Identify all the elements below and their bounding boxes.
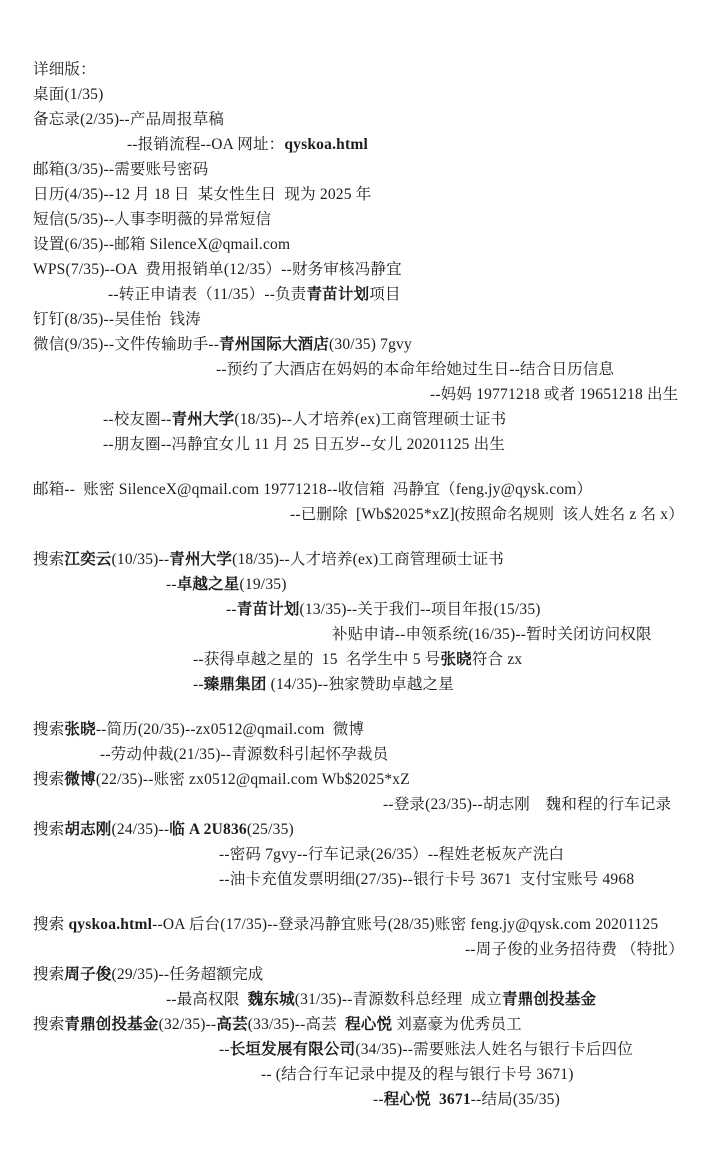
text-segment: 青苗计划 xyxy=(237,601,300,618)
text-line: --劳动仲裁(21/35)--青源数科引起怀孕裁员 xyxy=(0,742,720,767)
text-segment: qyskoa.html xyxy=(68,916,152,933)
text-segment: 补贴申请--申领系统(16/35)--暂时关闭访问权限 xyxy=(332,626,652,643)
text-segment: 备忘录(2/35)--产品周报草稿 xyxy=(33,111,224,128)
text-segment: -- xyxy=(166,576,177,593)
text-segment: (13/35)--关于我们--项目年报(15/35) xyxy=(300,601,541,618)
text-segment: (10/35)-- xyxy=(112,551,170,568)
text-line: --校友圈--青州大学(18/35)--人才培养(ex)工商管理硕士证书 xyxy=(0,407,720,432)
text-line: 搜索 qyskoa.html--OA 后台(17/35)--登录冯静宜账号(28… xyxy=(0,912,720,937)
text-segment: 设置(6/35)--邮箱 SilenceX@qmail.com xyxy=(33,236,290,253)
text-segment: 张晓 xyxy=(440,651,471,668)
text-segment: (22/35)--账密 zx0512@qmail.com Wb$2025*xZ xyxy=(96,771,410,788)
text-segment: (19/35) xyxy=(240,576,287,593)
text-segment: --已删除 [Wb$2025*xZ](按照命名规则 该人姓名 z 名 x） xyxy=(290,506,684,523)
text-line: --报销流程--OA 网址：qyskoa.html xyxy=(0,132,720,157)
text-segment: 魏东城 xyxy=(248,991,295,1008)
text-segment: 青苗计划 xyxy=(306,286,369,303)
text-line: 搜索微博(22/35)--账密 zx0512@qmail.com Wb$2025… xyxy=(0,767,720,792)
text-line: 搜索江奕云(10/35)--青州大学(18/35)--人才培养(ex)工商管理硕… xyxy=(0,547,720,572)
text-segment: 符合 zx xyxy=(472,651,523,668)
text-segment: 青鼎创投基金 xyxy=(502,991,596,1008)
text-segment: --OA 后台(17/35)--登录冯静宜账号(28/35)账密 feng.jy… xyxy=(152,916,658,933)
text-segment: --劳动仲裁(21/35)--青源数科引起怀孕裁员 xyxy=(100,746,388,763)
text-segment: 卓越之星 xyxy=(177,576,240,593)
text-line: --最高权限 魏东城(31/35)--青源数科总经理 成立青鼎创投基金 xyxy=(0,987,720,1012)
document-page: 详细版：桌面(1/35)备忘录(2/35)--产品周报草稿--报销流程--OA … xyxy=(0,0,720,1165)
text-line: 短信(5/35)--人事李明薇的异常短信 xyxy=(0,207,720,232)
text-segment: --登录(23/35)--胡志刚 魏和程的行车记录 xyxy=(383,796,671,813)
text-segment: 临 A 2U836 xyxy=(169,821,247,838)
text-segment: (33/35)--高芸 xyxy=(248,1016,345,1033)
text-segment: 搜索 xyxy=(33,966,64,983)
text-segment: 搜索 xyxy=(33,1016,64,1033)
text-segment: -- xyxy=(219,1041,230,1058)
document-body: 详细版：桌面(1/35)备忘录(2/35)--产品周报草稿--报销流程--OA … xyxy=(0,57,720,1112)
text-segment: -- xyxy=(193,676,204,693)
text-segment: (18/35)--人才培养(ex)工商管理硕士证书 xyxy=(234,411,506,428)
text-segment: 长垣发展有限公司 xyxy=(230,1041,356,1058)
text-segment: 胡志刚 xyxy=(64,821,111,838)
text-segment: --简历(20/35)--zx0512@qmail.com 微博 xyxy=(96,721,364,738)
text-segment: 搜索 xyxy=(33,916,68,933)
text-line: 详细版： xyxy=(0,57,720,82)
text-line: 微信(9/35)--文件传输助手--青州国际大酒店(30/35) 7gvy xyxy=(0,332,720,357)
text-segment: -- xyxy=(226,601,237,618)
text-segment: 搜索 xyxy=(33,821,64,838)
text-line: --青苗计划(13/35)--关于我们--项目年报(15/35) xyxy=(0,597,720,622)
text-line: --已删除 [Wb$2025*xZ](按照命名规则 该人姓名 z 名 x） xyxy=(0,502,720,527)
text-segment: 青州国际大酒店 xyxy=(219,336,329,353)
text-line: 日历(4/35)--12 月 18 日 某女性生日 现为 2025 年 xyxy=(0,182,720,207)
text-segment: (18/35)--人才培养(ex)工商管理硕士证书 xyxy=(232,551,504,568)
text-segment: -- xyxy=(373,1091,384,1108)
text-segment: --密码 7gvy--行车记录(26/35）--程姓老板灰产洗白 xyxy=(219,846,564,863)
text-line: --周子俊的业务招待费 （特批） xyxy=(0,937,720,962)
text-line: 补贴申请--申领系统(16/35)--暂时关闭访问权限 xyxy=(0,622,720,647)
text-segment: --获得卓越之星的 15 名学生中 5 号 xyxy=(193,651,440,668)
text-segment: 邮箱(3/35)--需要账号密码 xyxy=(33,161,208,178)
text-line: 设置(6/35)--邮箱 SilenceX@qmail.com xyxy=(0,232,720,257)
text-segment: 搜索 xyxy=(33,771,64,788)
text-line: 备忘录(2/35)--产品周报草稿 xyxy=(0,107,720,132)
text-segment: 青州大学 xyxy=(169,551,232,568)
text-line: 搜索胡志刚(24/35)--临 A 2U836(25/35) xyxy=(0,817,720,842)
text-segment: -- (结合行车记录中提及的程与银行卡号 3671) xyxy=(261,1066,574,1083)
text-line: 邮箱-- 账密 SilenceX@qmail.com 19771218--收信箱… xyxy=(0,477,720,502)
text-segment: 青州大学 xyxy=(172,411,235,428)
text-segment: 搜索 xyxy=(33,721,64,738)
text-segment: --报销流程--OA 网址： xyxy=(127,136,284,153)
text-line: 搜索周子俊(29/35)--任务超额完成 xyxy=(0,962,720,987)
text-segment: --转正申请表（11/35）--负责 xyxy=(108,286,306,303)
text-segment: 详细版： xyxy=(33,61,96,78)
text-line: 搜索青鼎创投基金(32/35)--高芸(33/35)--高芸 程心悦 刘嘉豪为优… xyxy=(0,1012,720,1037)
text-segment: (31/35)--青源数科总经理 成立 xyxy=(295,991,502,1008)
text-segment: (25/35) xyxy=(247,821,294,838)
text-segment: (29/35)--任务超额完成 xyxy=(112,966,264,983)
text-segment: --校友圈-- xyxy=(103,411,172,428)
text-line: --臻鼎集团 (14/35)--独家赞助卓越之星 xyxy=(0,672,720,697)
text-line: -- (结合行车记录中提及的程与银行卡号 3671) xyxy=(0,1062,720,1087)
text-segment: (32/35)-- xyxy=(159,1016,217,1033)
text-line: --密码 7gvy--行车记录(26/35）--程姓老板灰产洗白 xyxy=(0,842,720,867)
text-line: 邮箱(3/35)--需要账号密码 xyxy=(0,157,720,182)
text-segment: 钉钉(8/35)--吴佳怡 钱涛 xyxy=(33,311,201,328)
text-line: 搜索张晓--简历(20/35)--zx0512@qmail.com 微博 xyxy=(0,717,720,742)
text-line: --长垣发展有限公司(34/35)--需要账法人姓名与银行卡后四位 xyxy=(0,1037,720,1062)
text-segment: 江奕云 xyxy=(64,551,111,568)
text-line: --朋友圈--冯静宜女儿 11 月 25 日五岁--女儿 20201125 出生 xyxy=(0,432,720,457)
text-segment: --朋友圈--冯静宜女儿 11 月 25 日五岁--女儿 20201125 出生 xyxy=(103,436,505,453)
text-segment: 臻鼎集团 xyxy=(204,676,267,693)
text-line: --油卡充值发票明细(27/35)--银行卡号 3671 支付宝账号 4968 xyxy=(0,867,720,892)
text-segment: 程心悦 xyxy=(345,1016,392,1033)
text-line: --程心悦 3671--结局(35/35) xyxy=(0,1087,720,1112)
text-segment: 微信(9/35)--文件传输助手-- xyxy=(33,336,219,353)
text-segment: WPS(7/35)--OA 费用报销单(12/35）--财务审核冯静宜 xyxy=(33,261,402,278)
text-segment: 刘嘉豪为优秀员工 xyxy=(392,1016,522,1033)
text-segment: --周子俊的业务招待费 （特批） xyxy=(465,941,684,958)
text-line: --预约了大酒店在妈妈的本命年给她过生日--结合日历信息 xyxy=(0,357,720,382)
text-segment: 高芸 xyxy=(216,1016,247,1033)
text-line: --获得卓越之星的 15 名学生中 5 号张晓符合 zx xyxy=(0,647,720,672)
text-line: 桌面(1/35) xyxy=(0,82,720,107)
text-line: WPS(7/35)--OA 费用报销单(12/35）--财务审核冯静宜 xyxy=(0,257,720,282)
text-segment: qyskoa.html xyxy=(284,136,368,153)
text-line: 钉钉(8/35)--吴佳怡 钱涛 xyxy=(0,307,720,332)
text-segment: 程心悦 3671 xyxy=(384,1091,471,1108)
text-segment: --预约了大酒店在妈妈的本命年给她过生日--结合日历信息 xyxy=(216,361,614,378)
text-segment: (30/35) 7gvy xyxy=(329,336,412,353)
text-segment: --最高权限 xyxy=(166,991,248,1008)
text-segment: --油卡充值发票明细(27/35)--银行卡号 3671 支付宝账号 4968 xyxy=(219,871,634,888)
text-segment: 短信(5/35)--人事李明薇的异常短信 xyxy=(33,211,271,228)
text-segment: 搜索 xyxy=(33,551,64,568)
text-segment: 邮箱-- 账密 SilenceX@qmail.com 19771218--收信箱… xyxy=(33,481,592,498)
text-line: --转正申请表（11/35）--负责青苗计划项目 xyxy=(0,282,720,307)
text-segment: --结局(35/35) xyxy=(471,1091,560,1108)
text-segment: 桌面(1/35) xyxy=(33,86,103,103)
text-segment: (24/35)-- xyxy=(112,821,170,838)
text-segment: 项目 xyxy=(369,286,400,303)
text-segment: 青鼎创投基金 xyxy=(64,1016,158,1033)
text-segment: 微博 xyxy=(64,771,95,788)
text-segment: (14/35)--独家赞助卓越之星 xyxy=(267,676,454,693)
text-segment: 日历(4/35)--12 月 18 日 某女性生日 现为 2025 年 xyxy=(33,186,371,203)
text-segment: --妈妈 19771218 或者 19651218 出生 xyxy=(430,386,678,403)
text-line: --卓越之星(19/35) xyxy=(0,572,720,597)
text-segment: 张晓 xyxy=(64,721,95,738)
text-segment: 周子俊 xyxy=(64,966,111,983)
text-line: --妈妈 19771218 或者 19651218 出生 xyxy=(0,382,720,407)
text-segment: (34/35)--需要账法人姓名与银行卡后四位 xyxy=(355,1041,633,1058)
text-line: --登录(23/35)--胡志刚 魏和程的行车记录 xyxy=(0,792,720,817)
